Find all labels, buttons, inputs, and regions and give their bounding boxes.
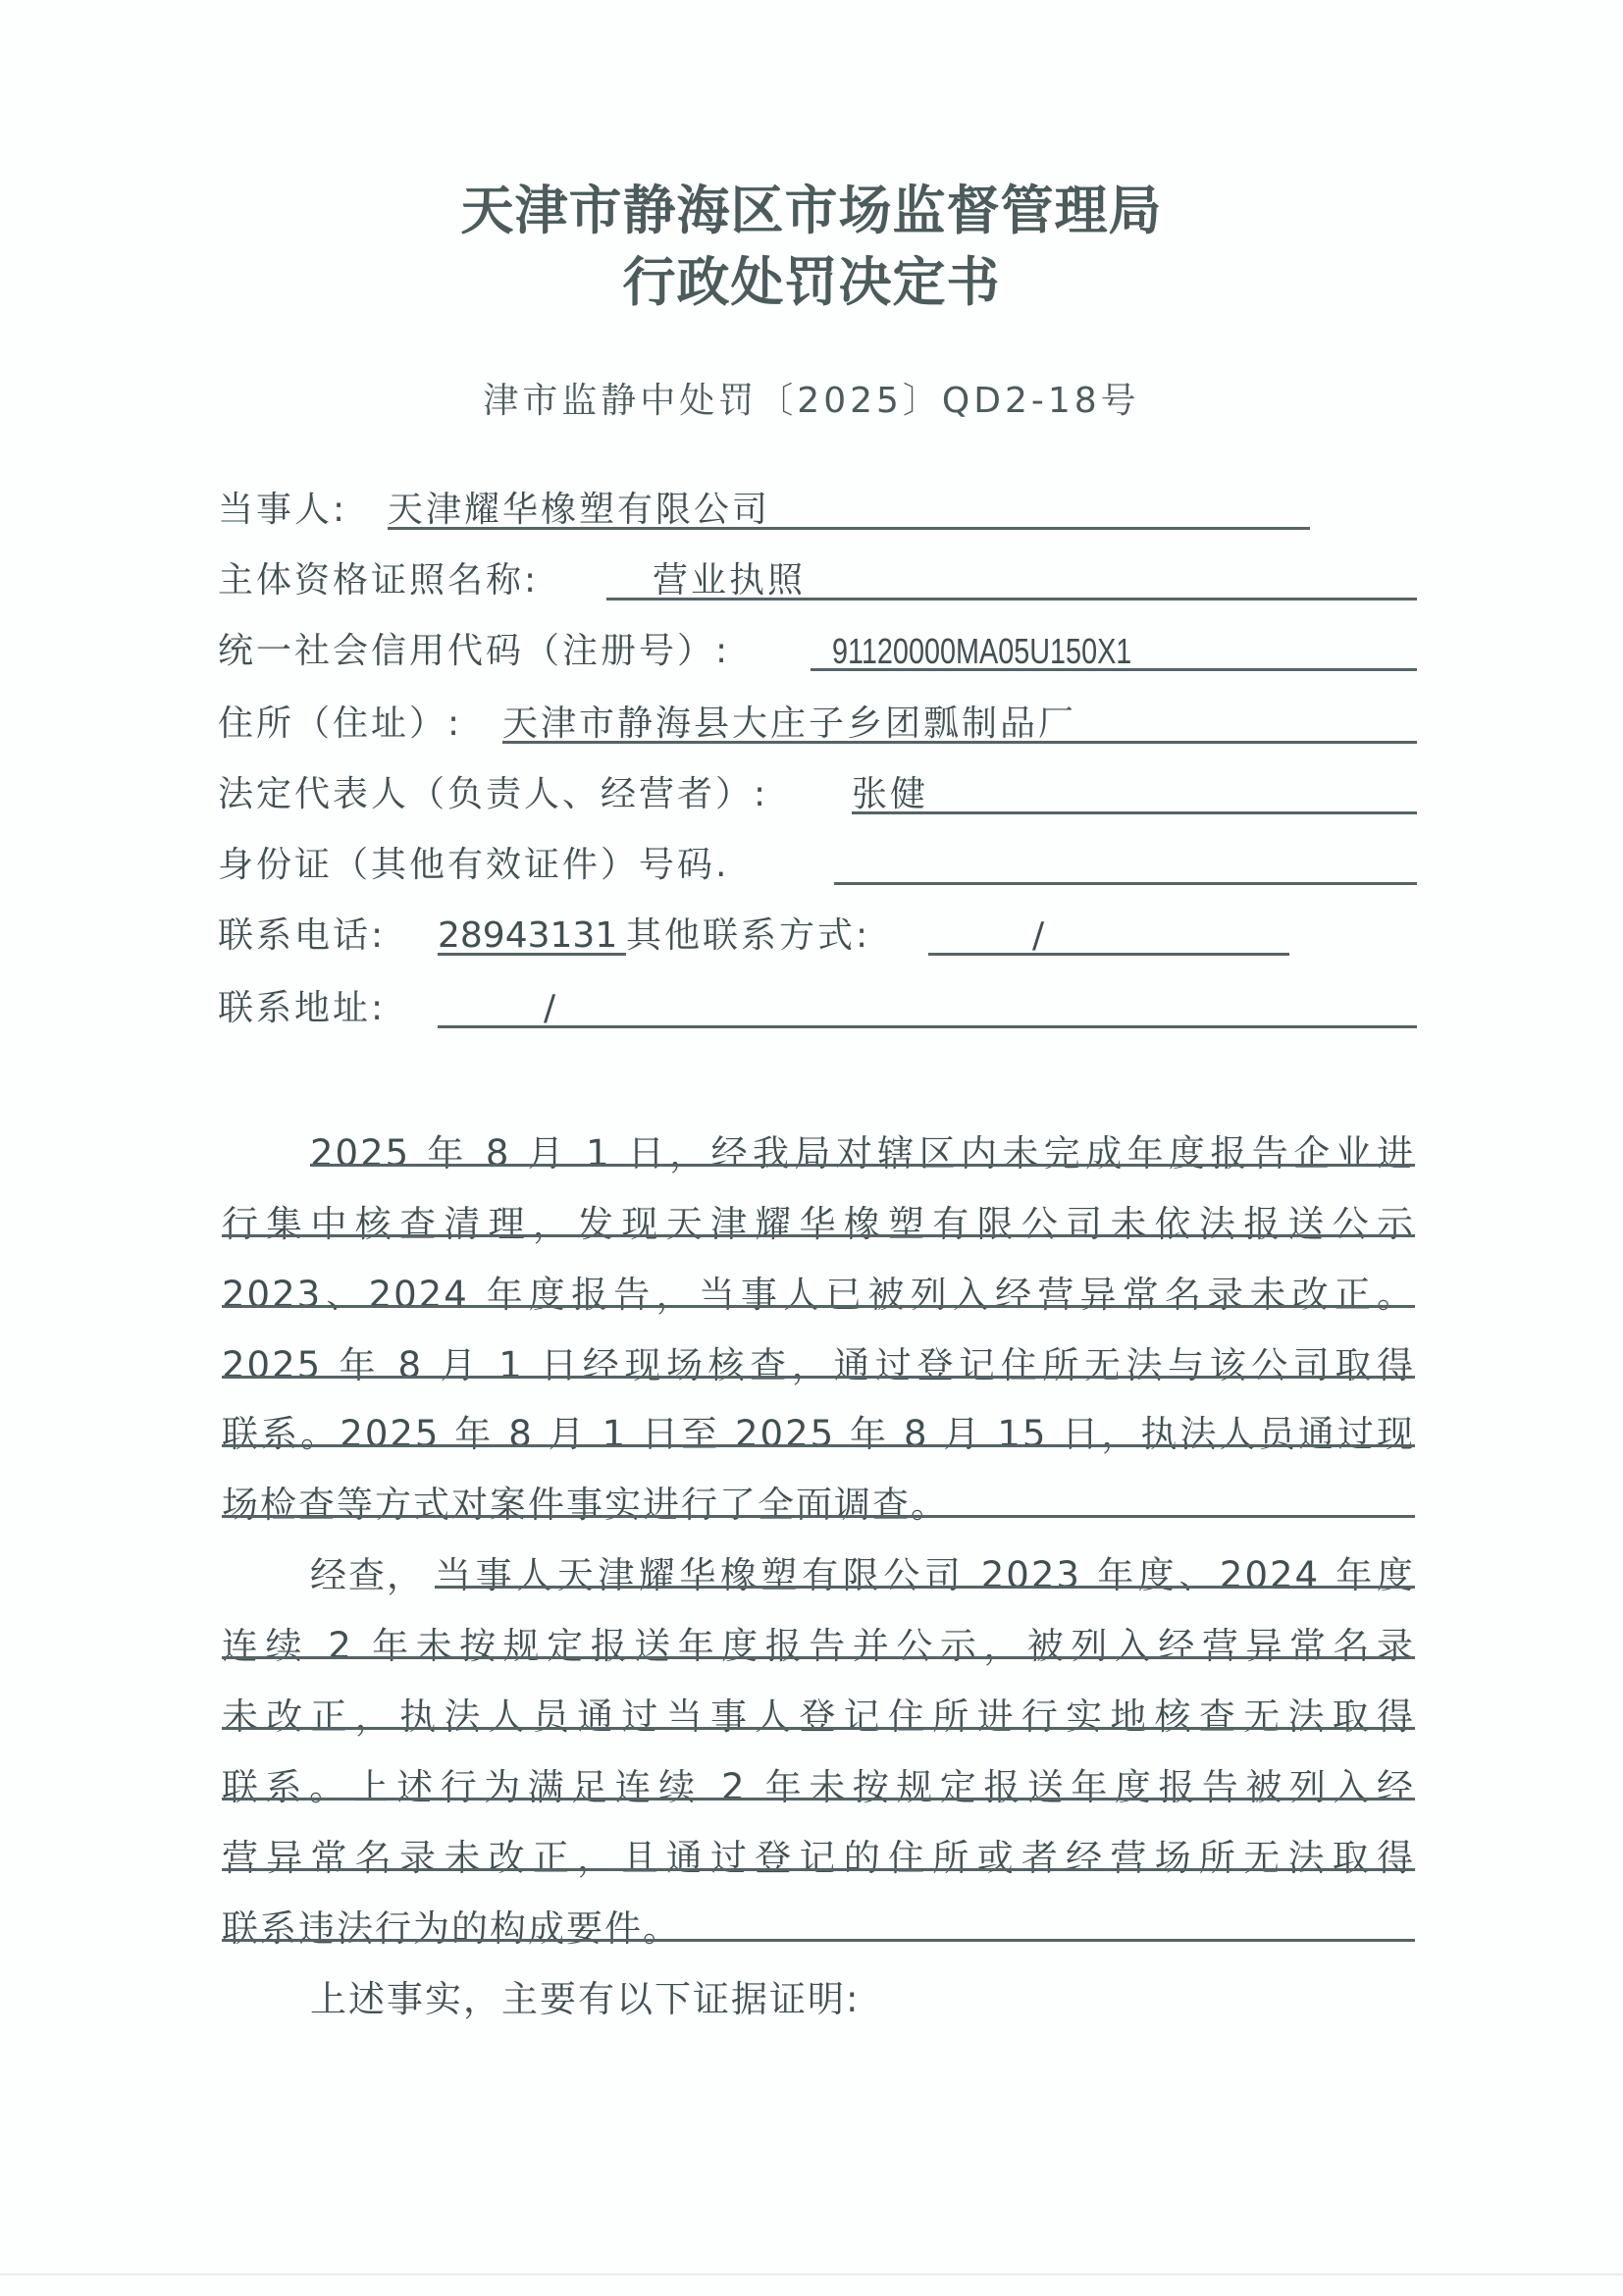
paragraph1-underline — [222, 1376, 1415, 1379]
document-title: 行政处罚决定书 — [0, 240, 1623, 316]
party-label: 当事人: — [218, 483, 347, 538]
paragraph1-line: 行集中核查清理，发现天津耀华橡塑有限公司未依法报送公示 — [222, 1197, 1415, 1252]
paragraph2-line: 连续 2 年未按规定报送年度报告并公示，被列入经营异常名录 — [222, 1619, 1415, 1674]
paragraph2-line: 当事人天津耀华橡塑有限公司 2023 年度、2024 年度 — [435, 1548, 1415, 1603]
other-contact-underline — [928, 953, 1289, 956]
address-underline — [502, 741, 1417, 744]
paragraph1-line: 联系。2025 年 8 月 1 日至 2025 年 8 月 15 日，执法人员通… — [222, 1407, 1415, 1462]
document-number: 津市监静中处罚〔2025〕QD2-18号 — [0, 373, 1623, 423]
paragraph1-underline — [222, 1234, 1415, 1237]
contact-address-label: 联系地址: — [218, 981, 386, 1036]
phone-label: 联系电话: — [218, 909, 386, 964]
paragraph1-underline — [310, 1164, 1415, 1167]
paragraph2-underline — [222, 1798, 1415, 1800]
document-page: 天津市静海区市场监督管理局 行政处罚决定书 津市监静中处罚〔2025〕QD2-1… — [0, 0, 1623, 2296]
paragraph2-line: 营异常名录未改正，且通过登记的住所或者经营场所无法取得 — [222, 1831, 1415, 1886]
page-edge-line — [0, 2273, 1623, 2275]
paragraph1-underline — [222, 1305, 1415, 1308]
evidence-intro: 上述事实，主要有以下证据证明: — [310, 1972, 860, 2027]
paragraph2-line: 联系。上述行为满足连续 2 年未按规定报送年度报告被列入经 — [222, 1760, 1415, 1815]
address-label: 住所（住址）: — [218, 697, 462, 752]
party-underline — [388, 527, 1310, 530]
paragraph2-underline — [222, 1868, 1415, 1871]
paragraph1-line: 2025 年 8 月 1 日经现场核查，通过登记住所无法与该公司取得 — [222, 1338, 1415, 1393]
license-underline — [606, 598, 1417, 600]
paragraph2-line: 未改正，执法人员通过当事人登记住所进行实地核查无法取得 — [222, 1690, 1415, 1745]
credit-code-underline — [811, 668, 1417, 671]
paragraph2-line: 联系违法行为的构成要件。 — [222, 1902, 1415, 1957]
other-contact-label: 其他联系方式: — [626, 909, 870, 964]
id-label: 身份证（其他有效证件）号码. — [218, 838, 729, 893]
contact-address-underline — [438, 1025, 1417, 1028]
paragraph2-underline — [222, 1939, 1415, 1942]
paragraph2-underline — [222, 1656, 1415, 1659]
license-label: 主体资格证照名称: — [218, 553, 539, 608]
agency-title: 天津市静海区市场监督管理局 — [0, 169, 1623, 244]
phone-underline — [438, 953, 626, 956]
paragraph2-underline — [435, 1586, 1415, 1589]
legal-rep-underline — [852, 811, 1417, 814]
paragraph1-underline — [222, 1444, 1415, 1447]
paragraph2-prefix: 经查， — [310, 1548, 425, 1603]
credit-code-label: 统一社会信用代码（注册号）: — [218, 624, 730, 679]
paragraph2-underline — [222, 1727, 1415, 1730]
paragraph1-line: 2025 年 8 月 1 日，经我局对辖区内未完成年度报告企业进 — [310, 1126, 1415, 1181]
paragraph1-line: 场检查等方式对案件事实进行了全面调查。 — [222, 1478, 1415, 1533]
id-underline — [834, 882, 1417, 885]
paragraph1-underline — [222, 1515, 1415, 1518]
legal-rep-label: 法定代表人（负责人、经营者）: — [218, 767, 768, 822]
paragraph1-line: 2023、2024 年度报告，当事人已被列入经营异常名录未改正。 — [222, 1268, 1415, 1323]
